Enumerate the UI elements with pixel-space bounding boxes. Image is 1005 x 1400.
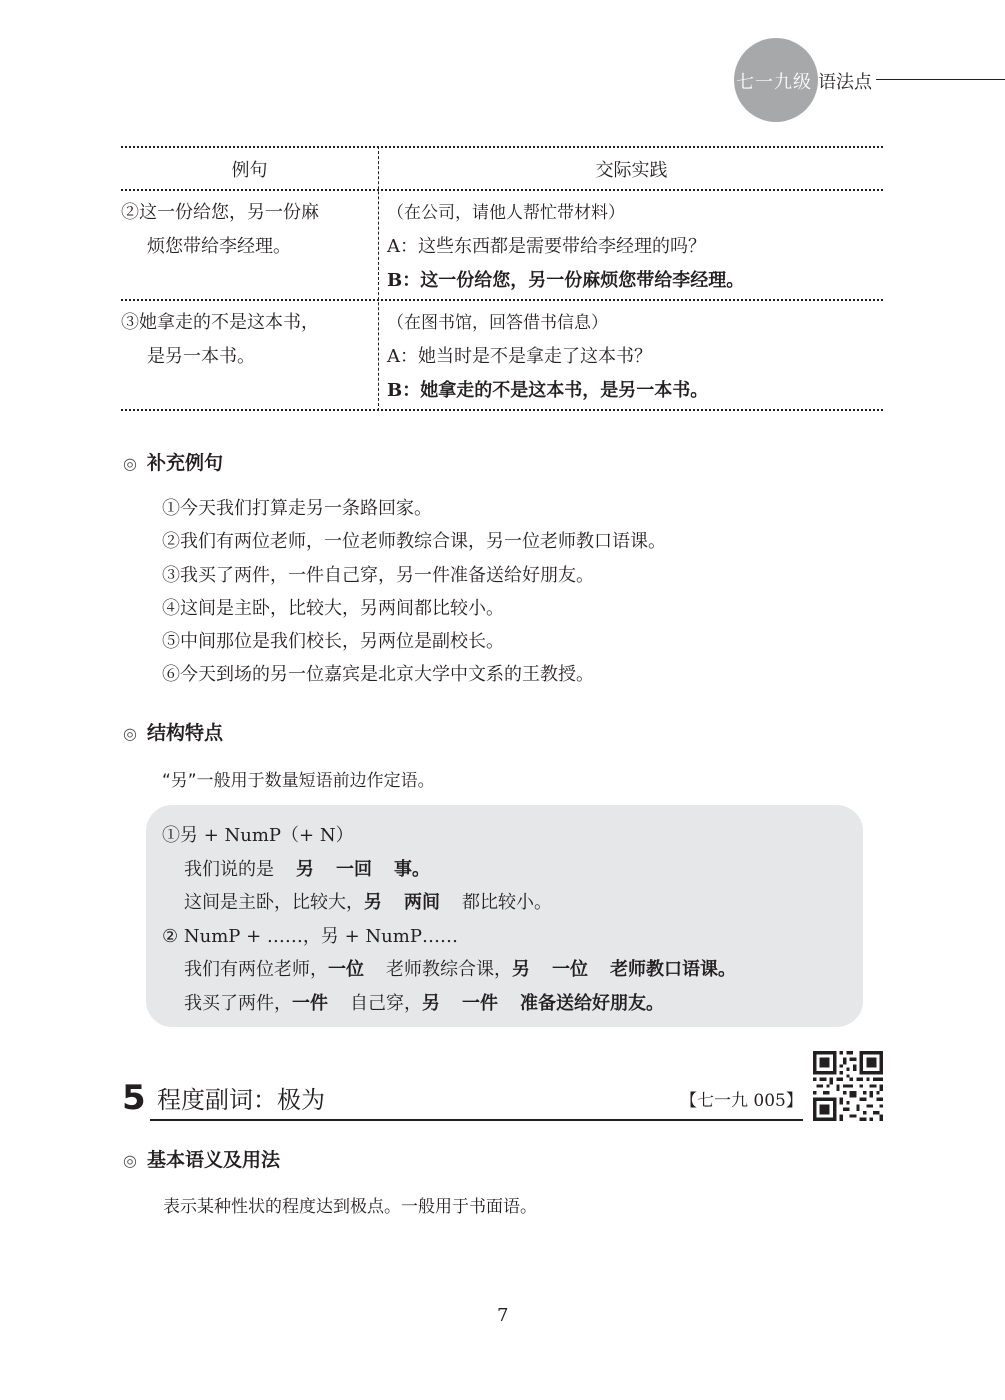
table-rule-bottom — [121, 409, 883, 411]
dialogue-a: A：她当时是不是拿走了这本书？ — [387, 340, 708, 374]
example-sentence: ③她拿走的不是这本书， — [121, 306, 319, 340]
context-note: （在图书馆，回答借书信息） — [387, 306, 708, 340]
header-rule — [876, 79, 1005, 80]
segment-bold: 另 — [512, 959, 530, 980]
section-title: 程度副词：极为 — [157, 1080, 325, 1115]
list-item: ④这间是主卧，比较大，另两间都比较小。 — [162, 592, 666, 625]
pattern-example: 我们有两位老师，一位老师教综合课，另一位老师教口语课。 — [162, 953, 736, 987]
page-number: 7 — [497, 1305, 508, 1326]
supplement-list: ①今天我们打算走另一条路回家。 ②我们有两位老师，一位老师教综合课，另一位老师教… — [162, 492, 666, 692]
example-sentence-cont: 烦您带给李经理。 — [121, 230, 319, 264]
segment: 老师教综合课， — [386, 959, 512, 980]
table-header-practice: 交际实践 — [380, 156, 883, 182]
list-item: ⑥今天到场的另一位嘉宾是北京大学中文系的王教授。 — [162, 658, 666, 691]
practice-cell: （在公司，请他人帮忙带材料） A：这些东西都是需要带给李经理的吗？ B：这一份给… — [387, 196, 744, 298]
dialogue-a: A：这些东西都是需要带给李经理的吗？ — [387, 230, 744, 264]
dialogue-b: B：她拿走的不是这本书，是另一本书。 — [387, 374, 708, 408]
double-circle-icon: ◎ — [123, 1151, 137, 1170]
segment-bold: 两间 — [404, 892, 440, 913]
section-number: 5 — [122, 1078, 146, 1118]
section-heading-supplement: ◎补充例句 — [123, 448, 223, 475]
segment-bold: 事。 — [394, 859, 430, 880]
segment: 自己穿， — [350, 993, 422, 1014]
segment-bold: 一位 — [552, 959, 588, 980]
pattern-example: 我们说的是另一回事。 — [162, 853, 736, 887]
segment-bold: 另 — [296, 859, 314, 880]
section-code: 【七一九 005】 — [680, 1086, 803, 1111]
pattern-box: ①另 + NumP（+ N） 我们说的是另一回事。 这间是主卧，比较大，另两间都… — [146, 805, 863, 1027]
list-item: ③我买了两件，一件自己穿，另一件准备送给好朋友。 — [162, 559, 666, 592]
basic-description: 表示某种性状的程度达到极点。一般用于书面语。 — [163, 1192, 537, 1217]
segment: 都比较小。 — [462, 892, 552, 913]
pattern-2: ② NumP + ……，另 + NumP…… — [162, 920, 736, 954]
section-heading-basic: ◎基本语义及用法 — [123, 1145, 280, 1172]
section-title: 结构特点 — [147, 722, 223, 744]
segment-bold: 另 — [422, 993, 440, 1014]
table-column-divider — [378, 146, 379, 411]
pattern-1: ①另 + NumP（+ N） — [162, 819, 736, 853]
example-sentence: ②这一份给您，另一份麻 — [121, 196, 319, 230]
segment-bold: 另 — [364, 892, 382, 913]
table-rule-top — [121, 146, 883, 148]
table-row: ②这一份给您，另一份麻 烦您带给李经理。 — [121, 196, 319, 264]
pattern-example: 这间是主卧，比较大，另两间都比较小。 — [162, 886, 736, 920]
section-heading-structure: ◎结构特点 — [123, 718, 223, 745]
context-note: （在公司，请他人帮忙带材料） — [387, 196, 744, 230]
example-sentence-cont: 是另一本书。 — [121, 340, 319, 374]
table-row: ③她拿走的不是这本书， 是另一本书。 — [121, 306, 319, 374]
list-item: ②我们有两位老师，一位老师教综合课，另一位老师教口语课。 — [162, 525, 666, 558]
structure-description: “另”一般用于数量短语前边作定语。 — [162, 766, 435, 791]
section-title: 基本语义及用法 — [147, 1149, 280, 1171]
list-item: ⑤中间那位是我们校长，另两位是副校长。 — [162, 625, 666, 658]
level-label: 七一九级 — [736, 68, 812, 94]
dialogue-b: B：这一份给您，另一份麻烦您带给李经理。 — [387, 264, 744, 298]
topic-label: 语法点 — [818, 68, 872, 94]
segment-bold: 一件 — [462, 993, 498, 1014]
segment-bold: 一回 — [336, 859, 372, 880]
pattern-example: 我买了两件，一件自己穿，另一件准备送给好朋友。 — [162, 987, 736, 1021]
list-item: ①今天我们打算走另一条路回家。 — [162, 492, 666, 525]
segment-bold: 准备送给好朋友。 — [520, 993, 664, 1014]
double-circle-icon: ◎ — [123, 454, 137, 473]
table-rule-row — [121, 299, 883, 301]
segment-bold: 老师教口语课。 — [610, 959, 736, 980]
segment-bold: 一位 — [328, 959, 364, 980]
section-title-rule — [150, 1119, 803, 1121]
practice-cell: （在图书馆，回答借书信息） A：她当时是不是拿走了这本书？ B：她拿走的不是这本… — [387, 306, 708, 408]
table-rule-header — [121, 189, 883, 191]
double-circle-icon: ◎ — [123, 724, 137, 743]
segment-bold: 一件 — [292, 993, 328, 1014]
segment: 我们说的是 — [184, 859, 274, 880]
segment: 我买了两件， — [184, 993, 292, 1014]
segment: 我们有两位老师， — [184, 959, 328, 980]
segment: 这间是主卧，比较大， — [184, 892, 364, 913]
qr-code-icon[interactable] — [813, 1051, 883, 1121]
section-title: 补充例句 — [147, 452, 223, 474]
table-header-example: 例句 — [121, 156, 378, 182]
